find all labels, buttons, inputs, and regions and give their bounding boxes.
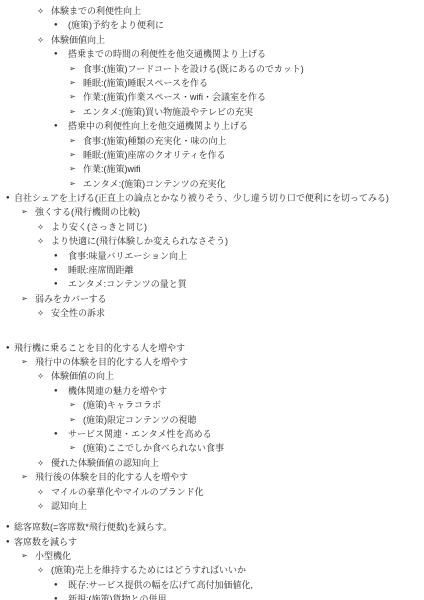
list-item: ✧認知向上 bbox=[0, 499, 424, 513]
list-item: ●総客席数(=客席数*飛行便数)を減らす。 bbox=[0, 520, 424, 534]
list-item: ●飛行機に乗ることを目的化する人を増やす bbox=[0, 341, 424, 355]
list-item-text: 総客席数(=客席数*飛行便数)を減らす。 bbox=[14, 520, 172, 534]
list-item-text: 安全性の訴求 bbox=[51, 306, 105, 320]
diamond-bullet-icon: ✧ bbox=[37, 33, 51, 47]
outline-list: ✧体験までの利便性向上●(施策)予約をより便利に✧体験価値向上●搭乗までの時間の… bbox=[0, 4, 424, 600]
list-item-text: 体験までの利便性向上 bbox=[51, 4, 141, 18]
list-item-text: エンタメ:(施策)コンテンツの充実化 bbox=[83, 177, 226, 191]
list-item-text: 体験価値の向上 bbox=[51, 369, 114, 383]
circle-bullet-icon: ● bbox=[54, 578, 68, 592]
list-item-text: 新規:(施策)貨物との併用 bbox=[68, 592, 167, 600]
list-item-text: より快適に(飛行体験しか変えられなさそう) bbox=[51, 234, 228, 248]
list-item-text: 睡眠:(施策)睡眠スペースを作る bbox=[83, 76, 208, 90]
circle-bullet-icon: ● bbox=[54, 384, 68, 398]
arrow-bullet-icon: ➢ bbox=[69, 90, 83, 104]
list-item: ✧マイルの豪華化やマイルのブランド化 bbox=[0, 485, 424, 499]
list-item: ●食事:味量バリエーション向上 bbox=[0, 249, 424, 263]
list-item-text: 飛行中の体験を目的化する人を増やす bbox=[35, 355, 188, 369]
list-item-text: (施策)ここでしか食べられない食事 bbox=[83, 441, 224, 455]
arrow-bullet-icon: ➢ bbox=[69, 76, 83, 90]
circle-bullet-icon: ● bbox=[54, 119, 68, 133]
list-item: ●搭乗までの時間の利便性を他交通機関より上げる bbox=[0, 47, 424, 61]
list-item: ✧より快適に(飛行体験しか変えられなさそう) bbox=[0, 234, 424, 248]
list-item: ✧体験価値の向上 bbox=[0, 369, 424, 383]
list-item: ✧(施策)売上を維持するためにはどうすればいいか bbox=[0, 563, 424, 577]
list-item-text: 飛行後の体験を目的化する人を増やす bbox=[35, 470, 188, 484]
list-item: ➢飛行中の体験を目的化する人を増やす bbox=[0, 355, 424, 369]
list-item: ➢(施策)ここでしか食べられない食事 bbox=[0, 441, 424, 455]
circle-bullet-icon: ● bbox=[54, 277, 68, 291]
circle-bullet-icon: ● bbox=[54, 47, 68, 61]
list-item: ➢食事:(施策)種類の充実化・味の向上 bbox=[0, 134, 424, 148]
list-item-text: 作業:(施策)wifi bbox=[83, 162, 141, 176]
list-item: ➢睡眠:(施策)睡眠スペースを作る bbox=[0, 76, 424, 90]
arrow-bullet-icon: ➢ bbox=[69, 134, 83, 148]
arrow-bullet-icon: ➢ bbox=[21, 292, 35, 306]
list-item-text: 作業:(施策)作業スペース・wifi・会議室を作る bbox=[83, 90, 266, 104]
list-item: ➢弱みをカバーする bbox=[0, 292, 424, 306]
diamond-bullet-icon: ✧ bbox=[37, 4, 51, 18]
list-item: ✧体験価値向上 bbox=[0, 33, 424, 47]
list-item-text: エンタメ:コンテンツの量と質 bbox=[68, 277, 187, 291]
circle-bullet-icon: ● bbox=[54, 592, 68, 600]
arrow-bullet-icon: ➢ bbox=[69, 398, 83, 412]
list-item: ✧優れた体験価値の認知向上 bbox=[0, 456, 424, 470]
list-item: ➢エンタメ:(施策)買い物施設やテレビの充実 bbox=[0, 105, 424, 119]
circle-bullet-icon: ● bbox=[54, 427, 68, 441]
list-item-text: 既存:サービス提供の幅を広げて高付加価値化, bbox=[68, 578, 253, 592]
diamond-bullet-icon: ✧ bbox=[37, 369, 51, 383]
list-item: ➢エンタメ:(施策)コンテンツの充実化 bbox=[0, 177, 424, 191]
circle-bullet-icon: ● bbox=[6, 520, 14, 534]
arrow-bullet-icon: ➢ bbox=[69, 162, 83, 176]
list-item: ●睡眠:座席間距離 bbox=[0, 263, 424, 277]
list-item: ➢小型機化 bbox=[0, 549, 424, 563]
list-item-text: 搭乗までの時間の利便性を他交通機関より上げる bbox=[68, 47, 266, 61]
arrow-bullet-icon: ➢ bbox=[21, 205, 35, 219]
list-item: ●サービス関連・エンタメ性を高める bbox=[0, 427, 424, 441]
list-item: ➢強くする(飛行機間の比較) bbox=[0, 205, 424, 219]
circle-bullet-icon: ● bbox=[6, 341, 14, 355]
list-item-text: エンタメ:(施策)買い物施設やテレビの充実 bbox=[83, 105, 253, 119]
arrow-bullet-icon: ➢ bbox=[69, 441, 83, 455]
list-item-text: より安く(さっきと同じ) bbox=[51, 220, 147, 234]
list-item-text: (施策)予約をより便利に bbox=[68, 18, 164, 32]
list-item: ●既存:サービス提供の幅を広げて高付加価値化, bbox=[0, 578, 424, 592]
section-spacer bbox=[0, 513, 424, 520]
diamond-bullet-icon: ✧ bbox=[37, 499, 51, 513]
list-item-text: 自社シェアを上げる(正直上の論点とかなり被りそう、少し違う切り口で便利にを切って… bbox=[14, 191, 389, 205]
list-item: ➢飛行後の体験を目的化する人を増やす bbox=[0, 470, 424, 484]
list-item-text: 優れた体験価値の認知向上 bbox=[51, 456, 159, 470]
list-item: ●客席数を減らす bbox=[0, 535, 424, 549]
list-item: ➢作業:(施策)wifi bbox=[0, 162, 424, 176]
list-item-text: 機体関連の魅力を増やす bbox=[68, 384, 167, 398]
list-item-text: 睡眠:(施策)座席のクオリティを作る bbox=[83, 148, 226, 162]
list-item: ●自社シェアを上げる(正直上の論点とかなり被りそう、少し違う切り口で便利にを切っ… bbox=[0, 191, 424, 205]
list-item-text: (施策)売上を維持するためにはどうすればいいか bbox=[51, 563, 246, 577]
diamond-bullet-icon: ✧ bbox=[37, 306, 51, 320]
list-item: ✧安全性の訴求 bbox=[0, 306, 424, 320]
arrow-bullet-icon: ➢ bbox=[69, 148, 83, 162]
list-item: ●エンタメ:コンテンツの量と質 bbox=[0, 277, 424, 291]
list-item: ●(施策)予約をより便利に bbox=[0, 18, 424, 32]
list-item-text: 小型機化 bbox=[35, 549, 71, 563]
list-item-text: 認知向上 bbox=[51, 499, 87, 513]
circle-bullet-icon: ● bbox=[54, 18, 68, 32]
list-item: ➢(施策)キャラコラボ bbox=[0, 398, 424, 412]
circle-bullet-icon: ● bbox=[6, 535, 14, 549]
circle-bullet-icon: ● bbox=[54, 249, 68, 263]
list-item-text: 食事:味量バリエーション向上 bbox=[68, 249, 187, 263]
document-page: ✧体験までの利便性向上●(施策)予約をより便利に✧体験価値向上●搭乗までの時間の… bbox=[0, 0, 424, 600]
diamond-bullet-icon: ✧ bbox=[37, 456, 51, 470]
list-item: ➢食事:(施策)フードコートを設ける(既にあるのでカット) bbox=[0, 62, 424, 76]
list-item-text: サービス関連・エンタメ性を高める bbox=[68, 427, 212, 441]
list-item-text: 食事:(施策)種類の充実化・味の向上 bbox=[83, 134, 227, 148]
circle-bullet-icon: ● bbox=[54, 263, 68, 277]
list-item: ✧体験までの利便性向上 bbox=[0, 4, 424, 18]
list-item-text: 体験価値向上 bbox=[51, 33, 105, 47]
list-item-text: 強くする(飛行機間の比較) bbox=[35, 205, 140, 219]
list-item-text: 飛行機に乗ることを目的化する人を増やす bbox=[14, 341, 185, 355]
diamond-bullet-icon: ✧ bbox=[37, 563, 51, 577]
arrow-bullet-icon: ➢ bbox=[69, 105, 83, 119]
diamond-bullet-icon: ✧ bbox=[37, 220, 51, 234]
list-item-text: (施策)限定コンテンツの視聴 bbox=[83, 413, 197, 427]
list-item: ●機体関連の魅力を増やす bbox=[0, 384, 424, 398]
circle-bullet-icon: ● bbox=[6, 191, 14, 205]
list-item-text: 搭乗中の利便性向上を他交通機関より上げる bbox=[68, 119, 248, 133]
list-item: ✧より安く(さっきと同じ) bbox=[0, 220, 424, 234]
list-item-text: 食事:(施策)フードコートを設ける(既にあるのでカット) bbox=[83, 62, 304, 76]
arrow-bullet-icon: ➢ bbox=[21, 549, 35, 563]
list-item-text: 睡眠:座席間距離 bbox=[68, 263, 134, 277]
list-item: ●搭乗中の利便性向上を他交通機関より上げる bbox=[0, 119, 424, 133]
list-item: ➢作業:(施策)作業スペース・wifi・会議室を作る bbox=[0, 90, 424, 104]
list-item: ➢(施策)限定コンテンツの視聴 bbox=[0, 413, 424, 427]
arrow-bullet-icon: ➢ bbox=[69, 177, 83, 191]
section-spacer bbox=[0, 321, 424, 341]
arrow-bullet-icon: ➢ bbox=[21, 470, 35, 484]
list-item-text: 弱みをカバーする bbox=[35, 292, 107, 306]
list-item: ➢睡眠:(施策)座席のクオリティを作る bbox=[0, 148, 424, 162]
diamond-bullet-icon: ✧ bbox=[37, 234, 51, 248]
list-item-text: マイルの豪華化やマイルのブランド化 bbox=[51, 485, 204, 499]
arrow-bullet-icon: ➢ bbox=[21, 355, 35, 369]
arrow-bullet-icon: ➢ bbox=[69, 413, 83, 427]
diamond-bullet-icon: ✧ bbox=[37, 485, 51, 499]
list-item: ●新規:(施策)貨物との併用 bbox=[0, 592, 424, 600]
list-item-text: 客席数を減らす bbox=[14, 535, 77, 549]
arrow-bullet-icon: ➢ bbox=[69, 62, 83, 76]
list-item-text: (施策)キャラコラボ bbox=[83, 398, 161, 412]
